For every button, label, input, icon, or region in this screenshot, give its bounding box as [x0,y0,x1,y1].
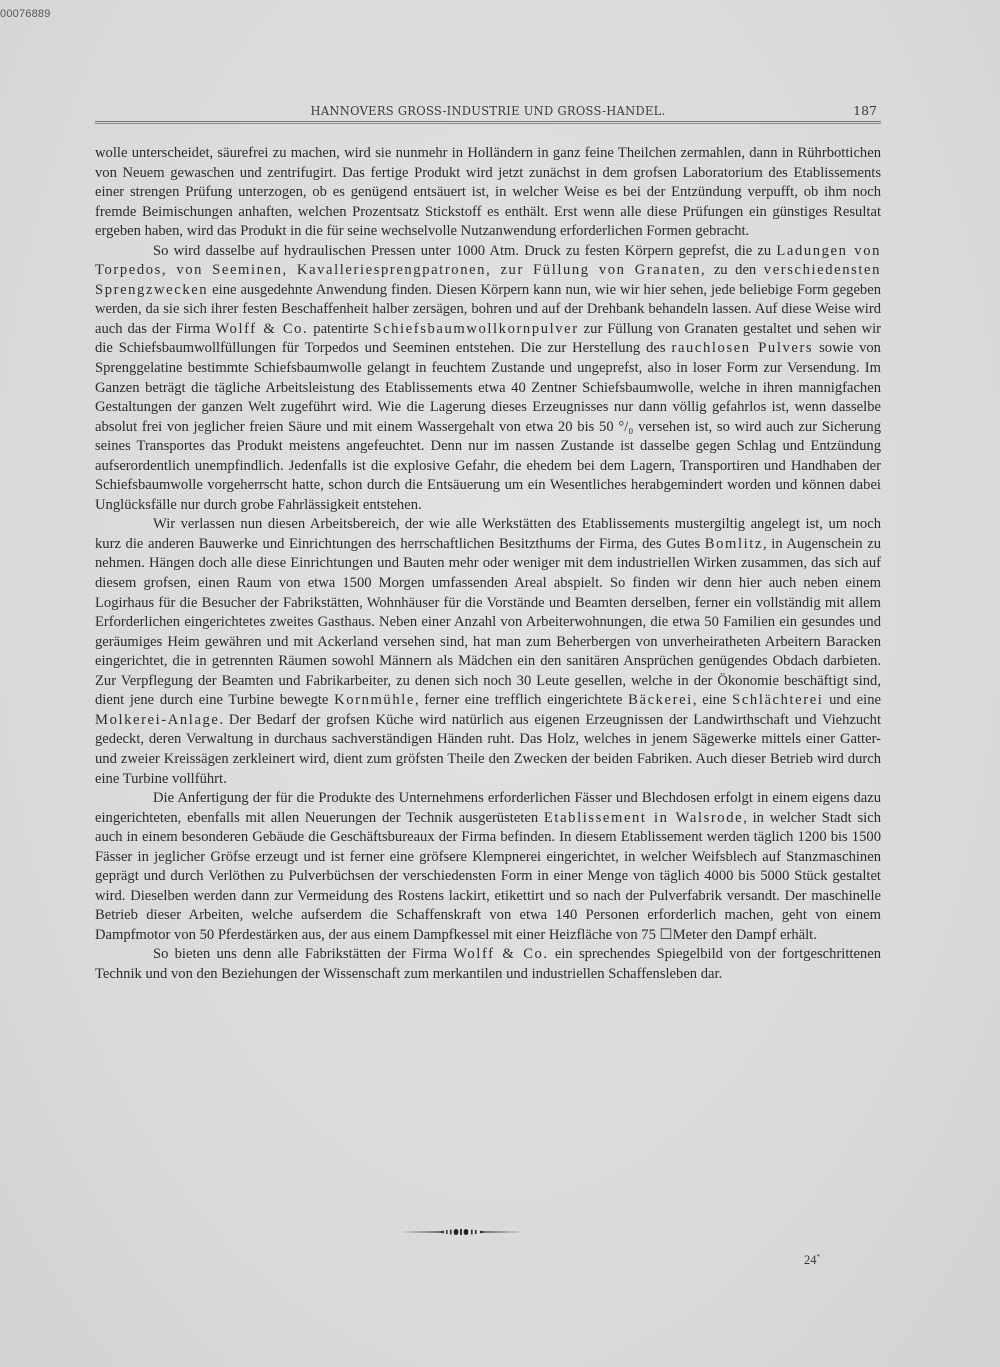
spaced-emphasis: Wolff & Co. [215,321,308,337]
running-head: HANNOVERS GROSS-INDUSTRIE UND GROSS-HAND… [95,103,881,119]
text-run: , ferner eine trefflich eingerichtete [415,692,628,708]
text-run: , in welcher Stadt sich auch in einem be… [95,810,881,943]
paragraph: So wird dasselbe auf hydraulischen Press… [95,242,881,516]
text-run: zu den [706,262,764,278]
spaced-emphasis: Schlächterei [732,692,823,708]
text-run: , eine [693,692,732,708]
paragraph: So bieten uns denn alle Fabrikstätten de… [95,945,881,984]
text-run: und eine [823,692,881,708]
spaced-emphasis: Etablissement in Walsrode [544,810,743,826]
spaced-emphasis: Bomlitz [705,536,763,552]
text-run: So wird dasselbe auf hydraulischen Press… [153,243,776,259]
text-run: wolle unterscheidet, säurefrei zu machen… [95,145,881,239]
text-run: So bieten uns denn alle Fabrikstätten de… [153,946,453,962]
spaced-emphasis: rauchlosen Pulvers [671,340,813,356]
spaced-emphasis: Bäckerei [628,692,693,708]
spaced-emphasis: Schiefsbaumwollkornpulver [373,321,578,337]
text-run: , in Augenschein zu nehmen. Hängen doch … [95,536,881,708]
signature-mark: 24* [804,1253,820,1268]
spaced-emphasis: Molkerei-Anlage [95,712,220,728]
running-head-title: HANNOVERS GROSS-INDUSTRIE UND GROSS-HAND… [126,103,849,118]
tailpiece-ornament-icon [400,1227,524,1237]
text-run: patentirte [308,321,373,337]
header-double-rule [95,121,881,124]
text-run: sowie von Sprenggelatine bestimmte Schie… [95,340,881,512]
scan-id: 00076889 [0,8,51,20]
page-number: 187 [853,103,877,118]
paragraph: Wir verlassen nun diesen Arbeitsbereich,… [95,515,881,789]
spaced-emphasis: Wolff & Co. [453,946,548,962]
paragraph: wolle unterscheidet, säurefrei zu machen… [95,144,881,242]
paragraph: Die Anfertigung der für die Produkte des… [95,789,881,945]
spaced-emphasis: Kornmühle [334,692,415,708]
body-text: wolle unterscheidet, säurefrei zu machen… [95,144,881,985]
